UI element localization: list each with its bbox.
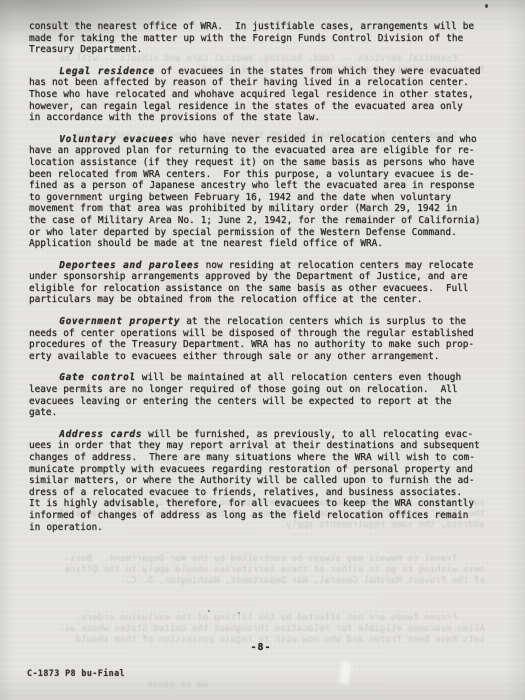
ink-speck: [238, 612, 240, 614]
ghost-text-line: wa ss passe: [58, 679, 208, 690]
paragraph-indent: [29, 372, 59, 383]
paragraph: Deportees and parolees now residing at r…: [29, 260, 485, 306]
ghost-text-line: Frozen funds are not affected by the lif…: [33, 612, 485, 623]
paragraph-text: who have never resided in relocation cen…: [29, 134, 481, 249]
paragraph-indent: [29, 316, 59, 327]
paper-crease: [339, 661, 352, 684]
paragraph: Voluntary evacuees who have never reside…: [29, 134, 485, 250]
print-code: C-1873 P8 bu-Final: [27, 668, 125, 678]
paragraph: consult the nearest office of WRA. In ju…: [29, 21, 485, 56]
paragraph: Government property at the relocation ce…: [29, 316, 485, 362]
paragraph-lead: Voluntary evacuees: [59, 134, 174, 145]
ghost-text-line: Alien evacuees eligible for relocation t…: [33, 623, 485, 634]
page-number: -8-: [238, 642, 284, 653]
paragraph-indent: [29, 134, 59, 145]
paragraph-indent: [29, 260, 59, 271]
paragraph-lead: Deportees and parolees: [59, 260, 199, 271]
paragraph-lead: Government property: [59, 316, 180, 327]
paragraph: Legal residence of evacuees in the state…: [29, 66, 485, 124]
paragraph-lead: Legal residence: [59, 66, 155, 77]
paragraph-text: consult the nearest office of WRA. In ju…: [29, 21, 474, 55]
paragraph: Gate control will be maintained at all r…: [29, 372, 485, 418]
paragraph-indent: [29, 429, 59, 440]
ghost-text-line: Travel to Hawaii may always be controlle…: [33, 553, 485, 564]
ghost-text-line: of the Provost Marshal General, War Depa…: [33, 575, 485, 586]
paragraph-lead: Address cards: [59, 429, 142, 440]
paragraph: Address cards will be furnished, as prev…: [29, 429, 485, 533]
paragraph-lead: Gate control: [59, 372, 136, 383]
paragraph-text: will be furnished, as previously, to all…: [29, 429, 480, 533]
ink-speck: [208, 610, 210, 612]
paragraph-indent: [29, 66, 59, 77]
document-body: consult the nearest office of WRA. In ju…: [29, 21, 485, 543]
scanned-document-page: Essential services -- food, housing, med…: [0, 0, 525, 700]
ink-speck: [485, 4, 488, 8]
ghost-text-line: ness wishing to go to either of these te…: [33, 564, 485, 575]
